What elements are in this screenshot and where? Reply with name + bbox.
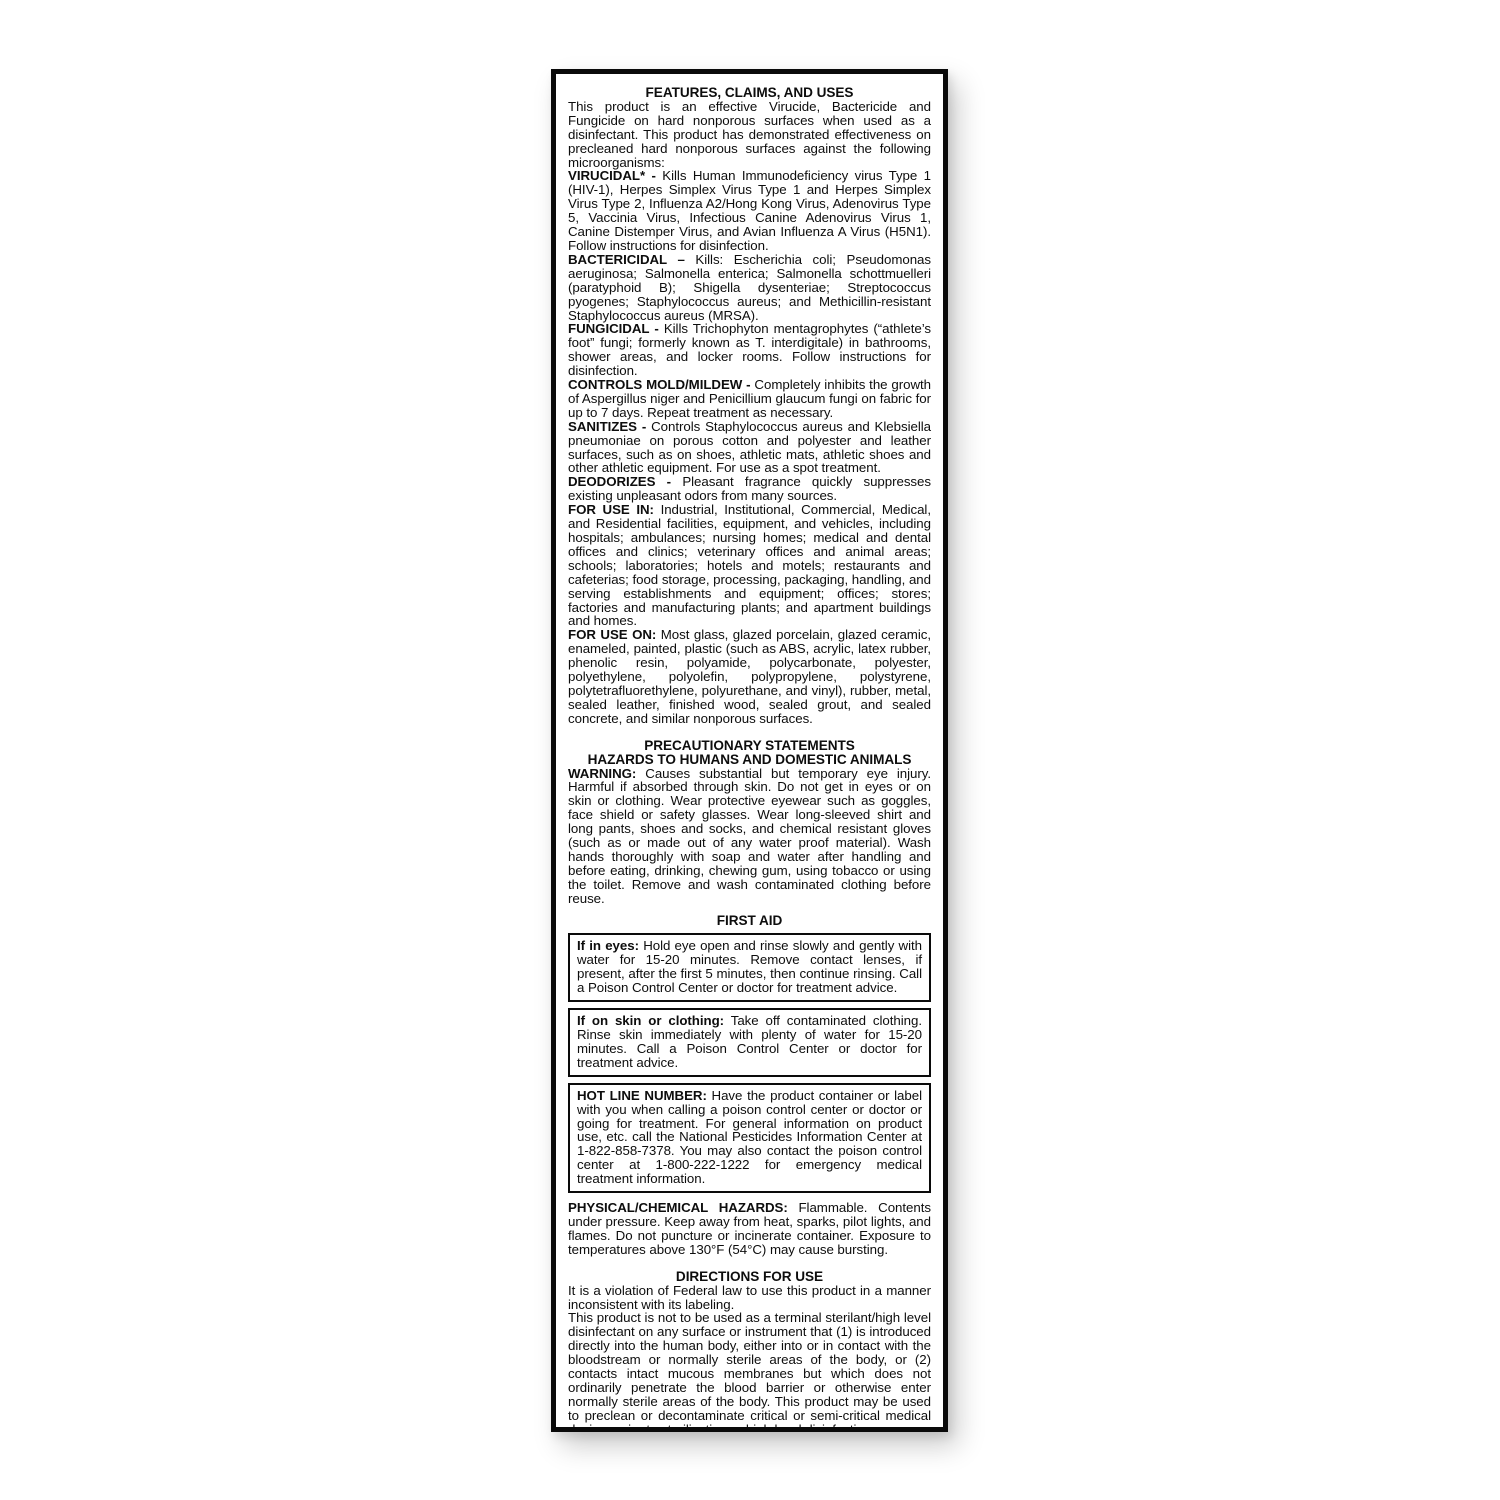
claim-bactericidal: BACTERICIDAL – Kills: Escherichia coli; … [568,253,931,323]
claim-for-use-on-lead: FOR USE ON: [568,627,656,642]
claim-for-use-in-lead: FOR USE IN: [568,502,654,517]
directions-violation: It is a violation of Federal law to use … [568,1284,931,1312]
warning-lead: WARNING: [568,766,636,781]
precautionary-subtitle: HAZARDS TO HUMANS AND DOMESTIC ANIMALS [568,753,931,767]
claim-fungicidal: FUNGICIDAL - Kills Trichophyton mentagro… [568,322,931,378]
warning-text: Causes substantial but temporary eye inj… [568,766,931,906]
claim-for-use-in: FOR USE IN: Industrial, Institutional, C… [568,503,931,628]
claim-deodorizes-lead: DEODORIZES - [568,474,671,489]
first-aid-hotline-text: Have the product container or label with… [577,1088,922,1186]
directions-title: DIRECTIONS FOR USE [568,1270,931,1284]
page-background: FEATURES, CLAIMS, AND USES This product … [0,0,1500,1500]
claim-controls-mold-lead: CONTROLS MOLD/MILDEW - [568,377,751,392]
claim-for-use-on: FOR USE ON: Most glass, glazed porcelain… [568,628,931,725]
first-aid-eyes-lead: If in eyes: [577,938,639,953]
precautionary-title: PRECAUTIONARY STATEMENTS [568,739,931,753]
claim-virucidal-lead: VIRUCIDAL* - [568,168,656,183]
claim-fungicidal-lead: FUNGICIDAL - [568,321,659,336]
first-aid-skin-lead: If on skin or clothing: [577,1013,724,1028]
features-intro: This product is an effective Virucide, B… [568,100,931,170]
features-title: FEATURES, CLAIMS, AND USES [568,86,931,100]
claim-sanitizes-lead: SANITIZES - [568,419,646,434]
claim-for-use-in-text: Industrial, Institutional, Commercial, M… [568,502,931,628]
claim-for-use-on-text: Most glass, glazed porcelain, glazed cer… [568,627,931,725]
claim-deodorizes: DEODORIZES - Pleasant fragrance quickly … [568,475,931,503]
claim-bactericidal-lead: BACTERICIDAL – [568,252,685,267]
directions-sterilant: This product is not to be used as a term… [568,1311,931,1432]
first-aid-box-hotline: HOT LINE NUMBER: Have the product contai… [568,1083,931,1193]
first-aid-title: FIRST AID [568,914,931,928]
first-aid-hotline-lead: HOT LINE NUMBER: [577,1088,707,1103]
first-aid-box-skin: If on skin or clothing: Take off contami… [568,1008,931,1077]
product-label: FEATURES, CLAIMS, AND USES This product … [551,69,948,1432]
first-aid-box-eyes: If in eyes: Hold eye open and rinse slow… [568,933,931,1002]
claim-sanitizes: SANITIZES - Controls Staphylococcus aure… [568,420,931,476]
physical-chemical-hazards: PHYSICAL/CHEMICAL HAZARDS: Flammable. Co… [568,1201,931,1257]
claim-controls-mold: CONTROLS MOLD/MILDEW - Completely inhibi… [568,378,931,420]
claim-virucidal: VIRUCIDAL* - Kills Human Immunodeficienc… [568,169,931,252]
warning-paragraph: WARNING: Causes substantial but temporar… [568,767,931,906]
hazards-lead: PHYSICAL/CHEMICAL HAZARDS: [568,1200,788,1215]
